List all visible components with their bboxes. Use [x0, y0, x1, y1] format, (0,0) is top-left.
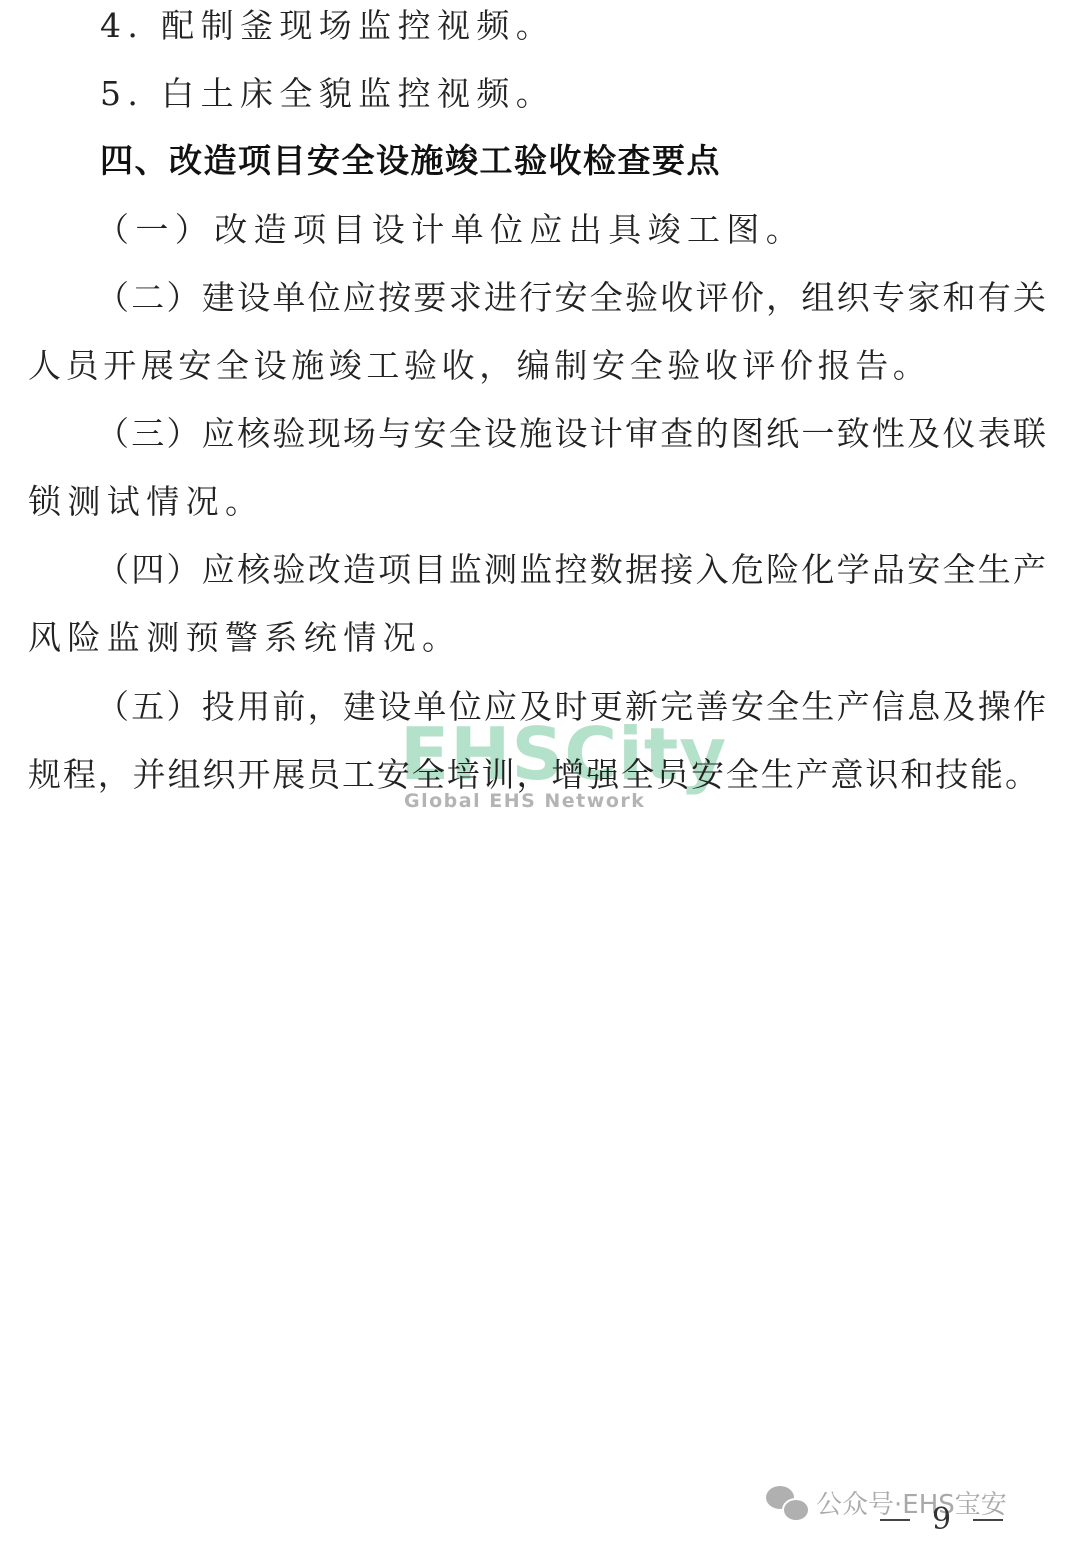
paragraph-1-line-1: （一）改造项目设计单位应出具竣工图。 [96, 210, 805, 250]
wechat-icon [766, 1486, 810, 1520]
paragraph-5-line-1: （五）投用前，建设单位应及时更新完善安全生产信息及操作 [96, 687, 1046, 727]
paragraph-3-line-2: 锁测试情况。 [28, 482, 264, 522]
paragraph-4-line-1: （四）应核验改造项目监测监控数据接入危险化学品安全生产 [96, 550, 1046, 590]
list-item-5: 5. 白土床全貌监控视频。 [100, 74, 555, 114]
list-item-4: 4. 配制釜现场监控视频。 [100, 6, 555, 46]
section-heading: 四、改造项目安全设施竣工验收检查要点 [100, 141, 721, 181]
page-dash-right [973, 1519, 1003, 1521]
paragraph-5-line-2: 规程，并组织开展员工安全培训，增强全员安全生产意识和技能。 [28, 755, 1038, 795]
paragraph-2-line-2: 人员开展安全设施竣工验收，编制安全验收评价报告。 [28, 346, 930, 386]
paragraph-2-line-1: （二）建设单位应按要求进行安全验收评价，组织专家和有关 [96, 278, 1046, 318]
page-number: 9 [880, 1502, 1003, 1537]
watermark-tagline: Global EHS Network [404, 790, 645, 812]
page-number-value: 9 [932, 1502, 951, 1537]
page-dash-left [880, 1519, 910, 1521]
paragraph-4-line-2: 风险监测预警系统情况。 [28, 618, 461, 658]
paragraph-3-line-1: （三）应核验现场与安全设施设计审查的图纸一致性及仪表联 [96, 414, 1046, 454]
